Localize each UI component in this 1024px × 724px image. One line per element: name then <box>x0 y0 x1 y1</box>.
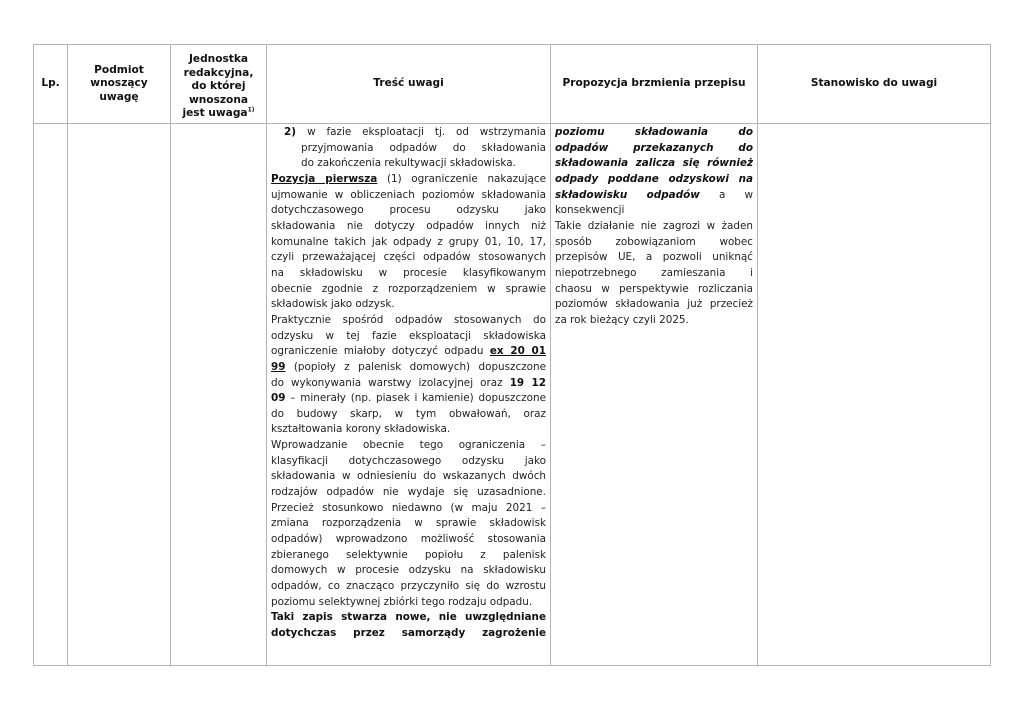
text-line: chaosu w perspektywie rozliczania <box>555 282 753 298</box>
header-propozycja: Propozycja brzmienia przepisu <box>551 45 757 123</box>
text-line: poziomu selektywnej zbiórki tego rodzaju… <box>271 595 546 611</box>
text-line: rodzajów odpadów nie wydaje się uzasadni… <box>271 485 546 501</box>
text-line: Taki zapis stwarza nowe, nie uwzględnian… <box>271 610 546 626</box>
text-line: 09 – minerały (np. piasek i kamienie) do… <box>271 391 546 407</box>
text-span: dotychczas przez samorządy zagrożenie <box>271 627 546 639</box>
text-line: domowych w procesie odzysku na składowis… <box>271 563 546 579</box>
text-line: niepotrzebnego zamieszania i <box>555 266 753 282</box>
text-span: poziomu składowania do <box>555 126 753 138</box>
comments-table: Lp. Podmiot wnoszący uwagę Jednostka red… <box>33 44 991 666</box>
header-jednostka: Jednostka redakcyjna, do której wnoszona… <box>171 45 266 123</box>
text-line: ujmowanie w obliczeniach poziomów składo… <box>271 188 546 204</box>
text-span: składowisku odpadów <box>555 189 700 201</box>
text-span: odpady poddane odzyskowi na <box>555 173 753 185</box>
text-line: klasyfikacji dotychczasowego odzysku jak… <box>271 454 546 470</box>
cell-propozycja: poziomu składowania doodpadów przekazany… <box>555 124 753 665</box>
text-span: składowania zalicza się również <box>555 157 753 169</box>
text-line: 2) w fazie eksploatacji tj. od wstrzyman… <box>301 125 546 141</box>
text-line: zmiana rozporządzenia w sprawie składowi… <box>271 516 546 532</box>
header-lp: Lp. <box>34 45 67 123</box>
list-item-2: 2) w fazie eksploatacji tj. od wstrzyman… <box>271 125 546 172</box>
column-divider <box>266 45 267 665</box>
text-line: zbieranego selektywnie popiołu z palenis… <box>271 548 546 564</box>
text-line: komunalne takich jak odpady z grupy 01, … <box>271 235 546 251</box>
cell-stanowisko <box>758 124 990 665</box>
cell-jednostka <box>171 124 266 665</box>
text-line: składowania w odniesieniu do wskazanych … <box>271 469 546 485</box>
heading-pozycja-pierwsza: Pozycja pierwsza <box>271 173 377 185</box>
text-line: odpadów) wprowadzono możliwość stosowani… <box>271 532 546 548</box>
text-line: składowania zalicza się również <box>555 156 753 172</box>
text-line: odpadów przekazanych do <box>555 141 753 157</box>
paragraph-praktycznie: Praktycznie spośród odpadów stosowanych … <box>271 313 546 438</box>
text-line: składowisk jako odzysk. <box>271 297 546 313</box>
cell-podmiot <box>68 124 170 665</box>
text-line: na składowisku w procesie klasyfikowanym <box>271 266 546 282</box>
text-span: Taki zapis stwarza nowe, nie uwzględnian… <box>271 611 546 623</box>
column-divider <box>550 45 551 665</box>
waste-code: 09 <box>271 392 285 404</box>
waste-code: ex 20 01 <box>490 345 546 357</box>
text-line: konsekwencji <box>555 203 753 219</box>
text-line: odpady poddane odzyskowi na <box>555 172 753 188</box>
text-line: Przecież stosunkowo niedawno (w maju 202… <box>271 501 546 517</box>
text-line: 99 (popioły z palenisk domowych) dopuszc… <box>271 360 546 376</box>
text-line: poziomu składowania do <box>555 125 753 141</box>
text-span: odpadów przekazanych do <box>555 142 753 154</box>
header-tresc: Treść uwagi <box>267 45 550 123</box>
text-line: do budowy skarp, w tym obwałowań, oraz <box>271 407 546 423</box>
text-line: sposób zobowiązaniom wobec <box>555 235 753 251</box>
text-line: składowisku odpadów a w <box>555 188 753 204</box>
text-line: przepisów UE, a pozwoli uniknąć <box>555 250 753 266</box>
paragraph-taki-zapis: Taki zapis stwarza nowe, nie uwzględnian… <box>271 610 546 641</box>
text-line: dotychczasowego procesu odzysku jako <box>271 203 546 219</box>
text-line: za rok bieżący czyli 2025. <box>555 313 753 329</box>
text-line: dotychczas przez samorządy zagrożenie <box>271 626 546 642</box>
text-line: odzysku w tej fazie eksploatacji składow… <box>271 329 546 345</box>
proposal-justification: Takie działanie nie zagrozi w żadensposó… <box>555 219 753 329</box>
text-line: do zakończenia rekultywacji składowiska. <box>301 156 546 172</box>
paragraph-pozycja-pierwsza: Pozycja pierwsza (1) ograniczenie nakazu… <box>271 172 546 313</box>
text-line: Takie działanie nie zagrozi w żaden <box>555 219 753 235</box>
list-number: 2) <box>284 126 307 138</box>
text-line: odpadów, co znacząco przyczyniło się do … <box>271 579 546 595</box>
text-line: do wykonywania warstwy izolacyjnej oraz … <box>271 376 546 392</box>
text-line: Pozycja pierwsza (1) ograniczenie nakazu… <box>271 172 546 188</box>
text-line: Praktycznie spośród odpadów stosowanych … <box>271 313 546 329</box>
text-line: składowania nie dotyczy odpadów innych n… <box>271 219 546 235</box>
paragraph-wprowadzanie: Wprowadzanie obecnie tego ograniczenia –… <box>271 438 546 610</box>
header-stanowisko: Stanowisko do uwagi <box>758 45 990 123</box>
text-line: czyli przeważającej części odpadów stoso… <box>271 250 546 266</box>
text-line: ograniczenie miałoby dotyczyć odpadu ex … <box>271 344 546 360</box>
text-line: kształtowania korony składowiska. <box>271 422 546 438</box>
text-line: przyjmowania odpadów do składowania <box>301 141 546 157</box>
header-podmiot: Podmiot wnoszący uwagę <box>68 45 170 123</box>
cell-tresc: 2) w fazie eksploatacji tj. od wstrzyman… <box>271 124 546 665</box>
cell-lp <box>34 124 67 665</box>
text-line: poziomów składowania już przecież <box>555 297 753 313</box>
text-line: obecnie zgodnie z rozporządzeniem w spra… <box>271 282 546 298</box>
waste-code: 19 12 <box>510 377 546 389</box>
text-line: Wprowadzanie obecnie tego ograniczenia – <box>271 438 546 454</box>
waste-code: 99 <box>271 361 285 373</box>
proposal-text: poziomu składowania doodpadów przekazany… <box>555 125 753 219</box>
